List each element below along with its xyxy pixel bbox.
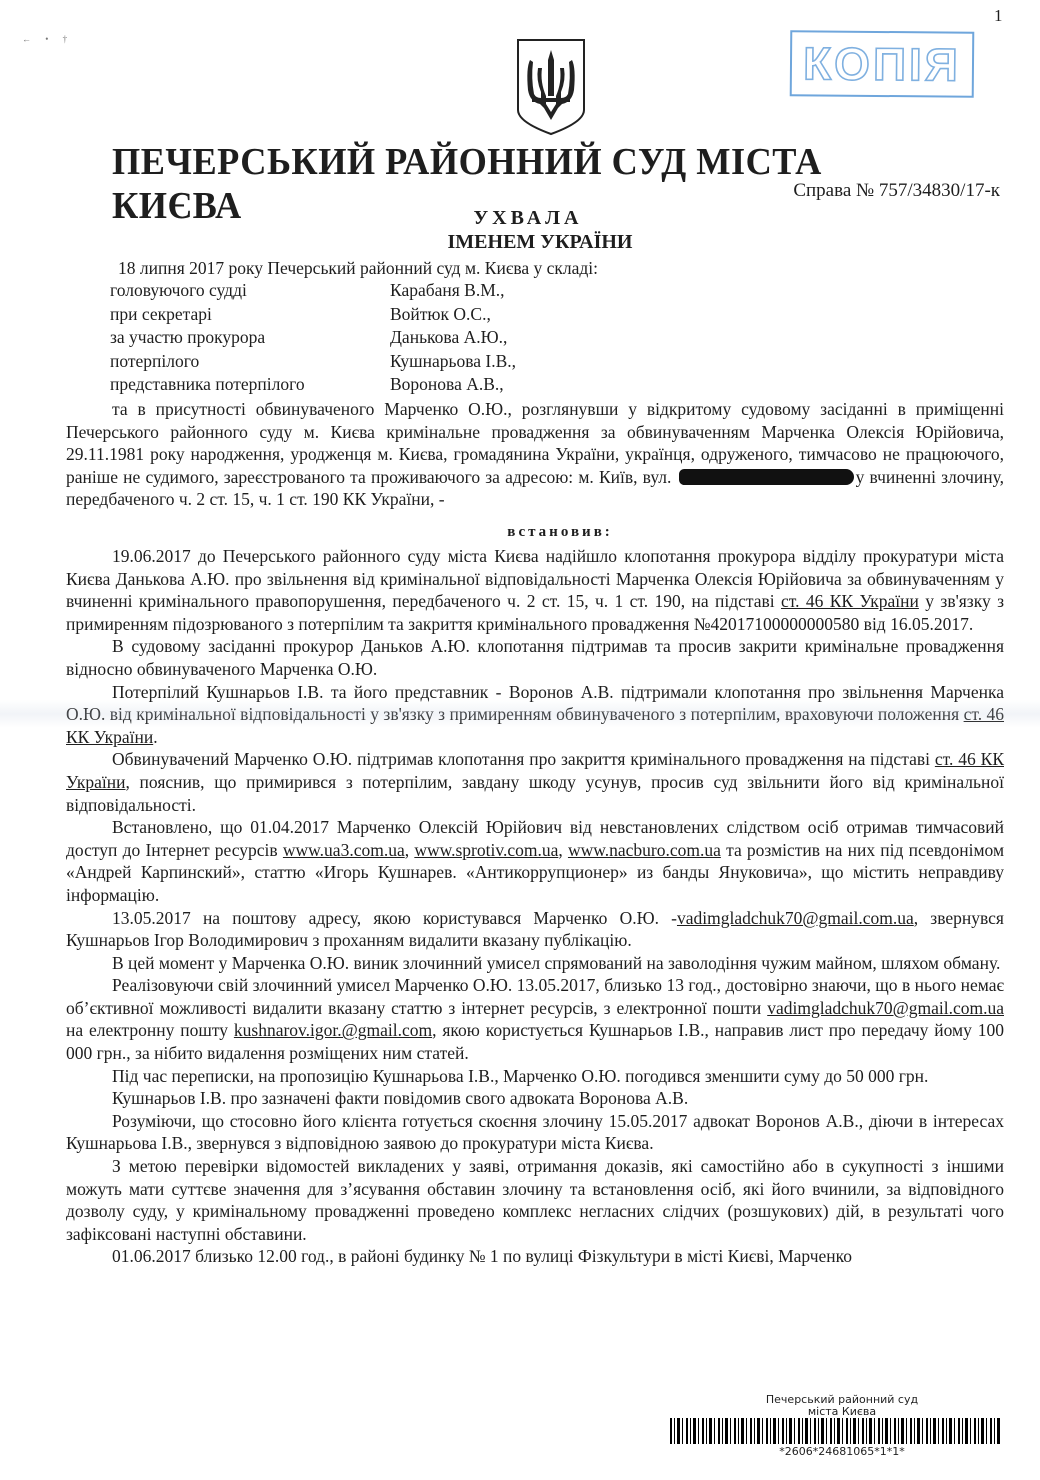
website-link[interactable]: www.nacburo.com.ua (568, 840, 721, 860)
composition-name: Кушнарьова І.В., (390, 351, 516, 372)
text: Потерпілий Кушнарьов І.В. та його предст… (66, 682, 1004, 725)
composition-name: Войтюк О.С., (390, 304, 491, 325)
composition-name: Карабаня В.М., (390, 280, 505, 301)
composition-role: потерпілого (110, 351, 199, 372)
barcode-code: *2606*24681065*1*1* (712, 1445, 972, 1458)
composition-name: Воронова А.В., (390, 374, 504, 395)
text: 13.05.2017 на поштову адресу, якою корис… (112, 908, 677, 928)
paragraph-11: Розуміючи, що стосовно його клієнта готу… (66, 1110, 1004, 1155)
paragraph-12: З метою перевірки відомостей викладених … (66, 1155, 1004, 1245)
paragraph-8: Реалізовуючи свій злочинний умисел Марче… (66, 974, 1004, 1064)
paragraph-10: Кушнарьов І.В. про зазначені факти повід… (66, 1087, 1004, 1110)
case-number: Справа № 757/34830/17-к (793, 180, 1000, 202)
text: Обвинувачений Марченко О.Ю. підтримав кл… (112, 749, 935, 769)
law-link[interactable]: ст. 46 КК України (781, 591, 919, 611)
email-link[interactable]: kushnarov.igor.@gmail.com (234, 1020, 432, 1040)
text: . (153, 727, 157, 747)
stamp-text: КОПІЯ (803, 40, 961, 87)
email-link[interactable]: vadimgladchuk70@gmail.com.ua (677, 908, 914, 928)
page-number: 1 (994, 6, 1003, 26)
barcode-label: Печерський районний суд міста Києва *260… (712, 1394, 972, 1458)
copy-stamp: КОПІЯ (790, 30, 975, 98)
email-link[interactable]: vadimgladchuk70@gmail.com.ua (767, 998, 1004, 1018)
composition-role: головуючого судді (110, 280, 247, 301)
paragraph-3: Потерпілий Кушнарьов І.В. та його предст… (66, 681, 1004, 749)
text: , пояснив, що примирився з потерпілим, з… (66, 772, 1004, 815)
paragraph-2: В судовому засіданні прокурор Даньков А.… (66, 635, 1004, 680)
redacted-address (679, 469, 854, 485)
established-heading: встановив: (0, 524, 1040, 541)
hearing-intro: 18 липня 2017 року Печерський районний с… (118, 258, 598, 279)
barcode-icon (670, 1418, 1000, 1444)
text: , (558, 840, 568, 860)
paragraph-5: Встановлено, що 01.04.2017 Марченко Олек… (66, 816, 1004, 906)
composition-role: при секретарі (110, 304, 212, 325)
paragraph-1: 19.06.2017 до Печерського районного суду… (66, 545, 1004, 635)
text: на електронну пошту (66, 1020, 234, 1040)
website-link[interactable]: www.ua3.com.ua (283, 840, 405, 860)
website-link[interactable]: www.sprotiv.com.ua (414, 840, 558, 860)
margin-marks: ← • † (22, 34, 73, 44)
document-subtitle: ІМЕНЕМ УКРАЇНИ (0, 231, 1040, 254)
text: , (405, 840, 415, 860)
preamble-paragraph: та в присутності обвинуваченого Марченко… (66, 398, 1004, 511)
paragraph-6: 13.05.2017 на поштову адресу, якою корис… (66, 907, 1004, 952)
preamble: та в присутності обвинуваченого Марченко… (66, 398, 1004, 511)
composition-name: Данькова А.Ю., (390, 327, 507, 348)
paragraph-4: Обвинувачений Марченко О.Ю. підтримав кл… (66, 748, 1004, 816)
barcode-city-line: міста Києва (712, 1406, 972, 1418)
paragraph-9: Під час переписки, на пропозицію Кушнарь… (66, 1065, 1004, 1088)
decision-body: 19.06.2017 до Печерського районного суду… (66, 545, 1004, 1268)
paragraph-13: 01.06.2017 близько 12.00 год., в районі … (66, 1245, 1004, 1268)
composition-role: за участю прокурора (110, 327, 265, 348)
paragraph-7: В цей момент у Марченка О.Ю. виник злочи… (66, 952, 1004, 975)
composition-role: представника потерпілого (110, 374, 305, 395)
coat-of-arms-icon (514, 38, 588, 136)
document-type: УХВАЛА (0, 207, 1040, 230)
